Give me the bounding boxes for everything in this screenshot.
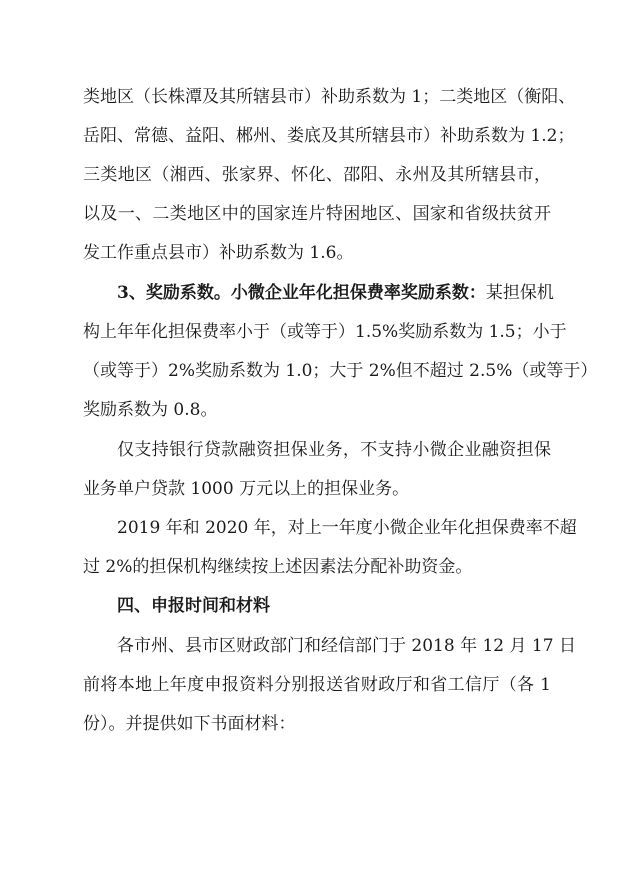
body-line: 三类地区（湘西、张家界、怀化、邵阳、永州及其所辖县市， bbox=[83, 165, 551, 185]
body-line: 类地区（长株潭及其所辖县市）补助系数为 1；二类地区（衡阳、 bbox=[83, 87, 551, 107]
body-line: 发工作重点县市）补助系数为 1.6。 bbox=[83, 243, 551, 263]
body-line: 奖励系数为 0.8。 bbox=[83, 400, 551, 420]
reward-bold-lead: 3、奖励系数。小微企业年化担保费率奖励系数： bbox=[117, 283, 486, 303]
body-line: 以及一、二类地区中的国家连片特困地区、国家和省级扶贫开 bbox=[83, 204, 551, 224]
body-line: 仅支持银行贷款融资担保业务，不支持小微企业融资担保 bbox=[117, 440, 551, 460]
body-line: 构上年年化担保费率小于（或等于）1.5%奖励系数为 1.5；小于 bbox=[83, 322, 551, 342]
document-page: 类地区（长株潭及其所辖县市）补助系数为 1；二类地区（衡阳、 岳阳、常德、益阳、… bbox=[0, 0, 631, 884]
section-heading: 四、申报时间和材料 bbox=[117, 596, 551, 616]
body-line: 前将本地上年度申报资料分别报送省财政厅和省工信厅（各 1 bbox=[83, 675, 551, 695]
body-line: 业务单户贷款 1000 万元以上的担保业务。 bbox=[83, 479, 551, 499]
body-line: （或等于）2%奖励系数为 1.0；大于 2%但不超过 2.5%（或等于） bbox=[83, 361, 551, 381]
body-line: 岳阳、常德、益阳、郴州、娄底及其所辖县市）补助系数为 1.2； bbox=[83, 126, 551, 146]
body-line: 过 2%的担保机构继续按上述因素法分配补助资金。 bbox=[83, 557, 551, 577]
body-line: 各市州、县市区财政部门和经信部门于 2018 年 12 月 17 日 bbox=[117, 636, 551, 656]
reward-rest: 某担保机 bbox=[486, 283, 554, 303]
reward-coefficient-paragraph-first-line: 3、奖励系数。小微企业年化担保费率奖励系数：某担保机 bbox=[117, 283, 551, 303]
body-line: 2019 年和 2020 年，对上一年度小微企业年化担保费率不超 bbox=[117, 518, 551, 538]
body-line: 份）。并提供如下书面材料： bbox=[83, 714, 551, 734]
